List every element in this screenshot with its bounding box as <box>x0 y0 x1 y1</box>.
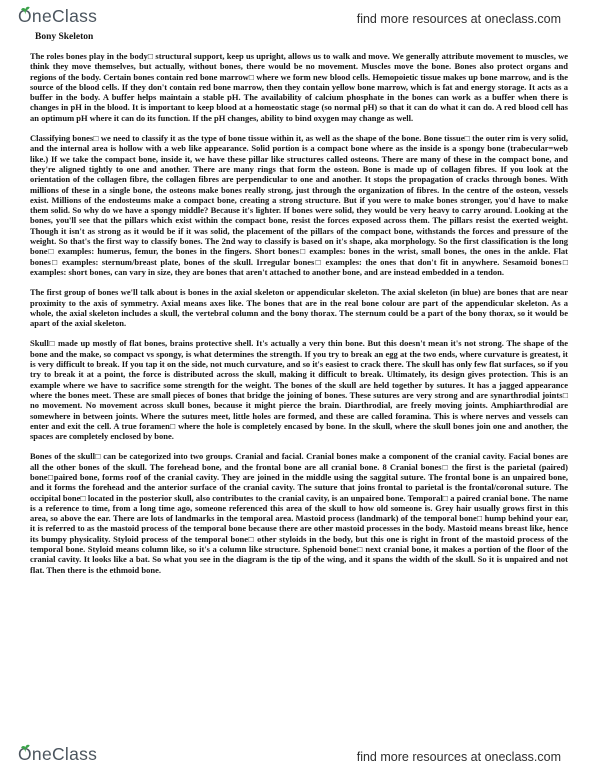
paragraph-bones-of-skull: Bones of the skull□ can be categorized i… <box>30 451 568 575</box>
oneclass-logo: OneClass <box>18 8 97 26</box>
header-tagline-link[interactable]: find more resources at oneclass.com <box>357 12 561 26</box>
document-page: OneClass find more resources at oneclass… <box>0 0 595 770</box>
oneclass-logo-footer: OneClass <box>18 746 97 764</box>
document-title: Bony Skeleton <box>35 32 568 42</box>
oneclass-leaf-icon <box>20 3 31 12</box>
paragraph-axial-skeleton: The first group of bones we'll talk abou… <box>30 287 568 328</box>
paragraph-skull: Skull□ made up mostly of flat bones, bra… <box>30 338 568 441</box>
page-footer: OneClass find more resources at oneclass… <box>0 746 595 764</box>
paragraph-bone-roles: The roles bones play in the body□ struct… <box>30 51 568 123</box>
document-body: Bony Skeleton The roles bones play in th… <box>30 32 568 575</box>
page-header: OneClass find more resources at oneclass… <box>0 0 595 26</box>
footer-tagline-link[interactable]: find more resources at oneclass.com <box>357 750 561 764</box>
oneclass-leaf-icon <box>20 741 31 750</box>
paragraph-classifying-bones: Classifying bones□ we need to classify i… <box>30 133 568 277</box>
